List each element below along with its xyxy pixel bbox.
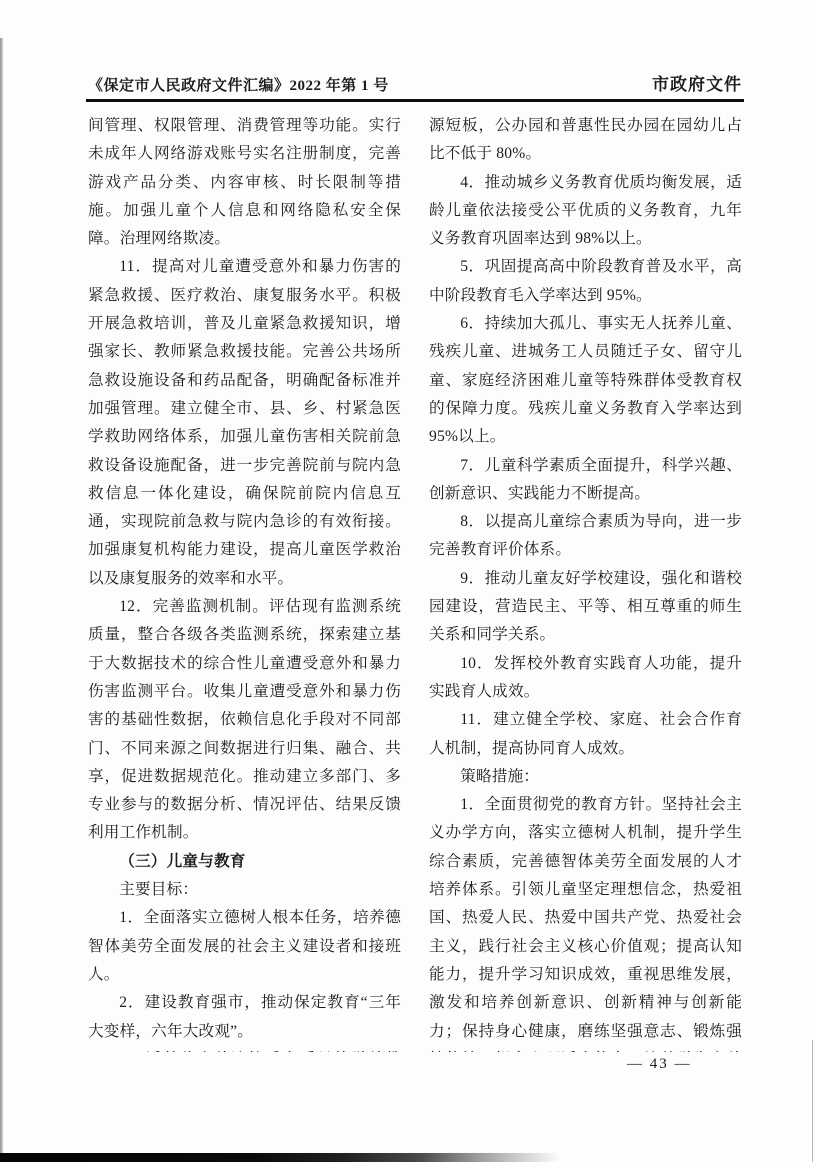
header-section-label: 市政府文件 [652, 70, 742, 95]
paragraph: 2．建设教育强市，推动保定教育“三年大变样，六年大改观”。 [88, 989, 401, 1046]
paragraph: 1．全面贯彻党的教育方针。坚持社会主义办学方向，落实立德树人机制，提升学生综合素… [429, 791, 742, 1052]
page-number: — 43 — [627, 1056, 692, 1073]
paragraph: 策略措施： [429, 763, 742, 791]
paragraph: 4．推动城乡义务教育优质均衡发展，适龄儿童依法接受公平优质的义务教育，九年义务教… [429, 169, 742, 254]
paragraph: 7．儿童科学素质全面提升，科学兴趣、创新意识、实践能力不断提高。 [429, 452, 742, 509]
paragraph: （三）儿童与教育 [88, 848, 401, 876]
header-rule [86, 99, 744, 102]
scan-smear-bottom [0, 1153, 560, 1162]
paragraph: 11．提高对儿童遭受意外和暴力伤害的紧急救援、医疗救治、康复服务水平。积极开展急… [88, 253, 401, 593]
paragraph: 9．推动儿童友好学校建设，强化和谐校园建设，营造民主、平等、相互尊重的师生关系和… [429, 565, 742, 650]
scan-line-right [812, 1040, 813, 1162]
paragraph: 5．巩固提高高中阶段教育普及水平，高中阶段教育毛入学率达到 95%。 [429, 253, 742, 310]
left-column: 间管理、权限管理、消费管理等功能。实行未成年人网络游戏账号实名注册制度，完善游戏… [88, 112, 401, 1052]
document-body: 间管理、权限管理、消费管理等功能。实行未成年人网络游戏账号实名注册制度，完善游戏… [88, 112, 742, 1052]
paragraph: 10．发挥校外教育实践育人功能，提升实践育人成效。 [429, 650, 742, 707]
header-publication-title: 《保定市人民政府文件汇编》2022 年第 1 号 [88, 74, 389, 95]
paragraph: 3．适龄儿童普遍接受有质量的学前教育，学前教育毛入园率达到 92%以上。健全普惠… [88, 1046, 401, 1052]
document-page: { "header": { "left": "《保定市人民政府文件汇编》2022… [0, 0, 816, 1162]
paragraph: 6．持续加大孤儿、事实无人抚养儿童、残疾儿童、进城务工人员随迁子女、留守儿童、家… [429, 310, 742, 451]
paragraph: 8．以提高儿童综合素质为导向，进一步完善教育评价体系。 [429, 508, 742, 565]
paragraph: 间管理、权限管理、消费管理等功能。实行未成年人网络游戏账号实名注册制度，完善游戏… [88, 112, 401, 253]
right-column: 源短板，公办园和普惠性民办园在园幼儿占比不低于 80%。4．推动城乡义务教育优质… [429, 112, 742, 1052]
paragraph: 12．完善监测机制。评估现有监测系统质量，整合各级各类监测系统，探索建立基于大数… [88, 593, 401, 848]
paragraph: 主要目标： [88, 876, 401, 904]
paragraph: 11．建立健全学校、家庭、社会合作育人机制，提高协同育人成效。 [429, 706, 742, 763]
scan-edge-left [0, 38, 3, 1162]
paragraph: 1．全面落实立德树人根本任务，培养德智体美劳全面发展的社会主义建设者和接班人。 [88, 904, 401, 989]
page-header: 《保定市人民政府文件汇编》2022 年第 1 号 市政府文件 [88, 70, 742, 95]
paragraph: 源短板，公办园和普惠性民办园在园幼儿占比不低于 80%。 [429, 112, 742, 169]
